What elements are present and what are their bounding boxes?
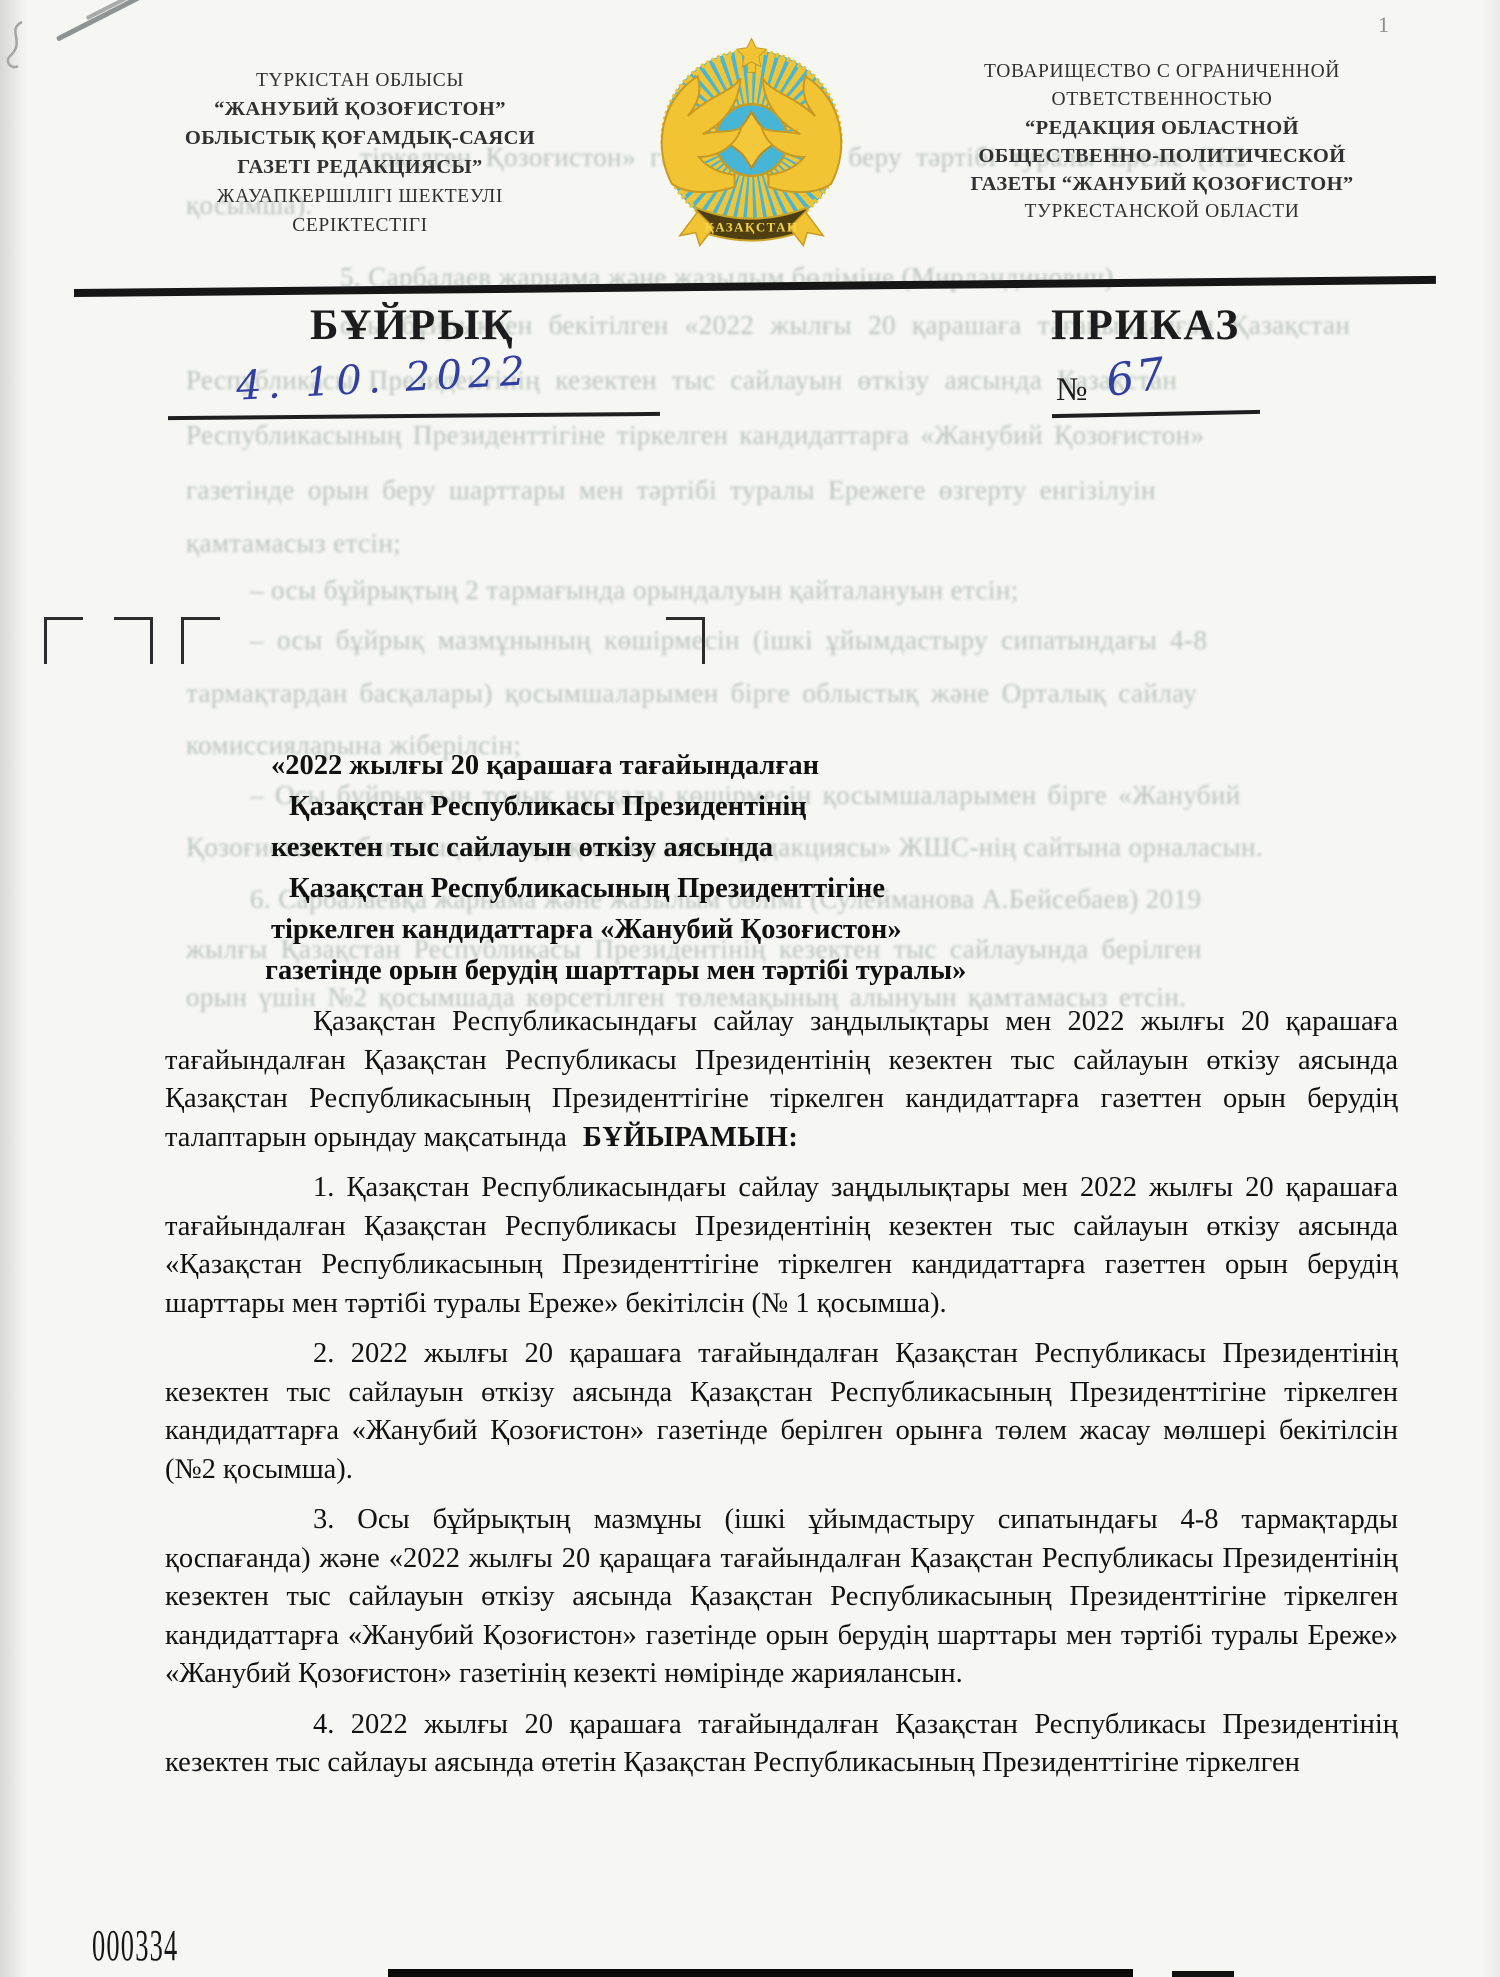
letterhead-right-russian: ТОВАРИЩЕСТВО С ОГРАНИЧЕННОЙ ОТВЕТСТВЕННО… [950, 58, 1374, 226]
corner-mark [114, 617, 153, 664]
org-region-line: ТҮРКІСТАН ОБЛЫСЫ [150, 66, 570, 95]
org-name-line: ОБЩЕСТВЕННО-ПОЛИТИЧЕСКОЙ [950, 142, 1374, 170]
corner-mark [44, 617, 83, 664]
org-name-line: ГАЗЕТЫ “ЖАНУБИЙ ҚОЗОҒИСТОН” [950, 170, 1374, 198]
bleedthrough-line: тармақтардан басқалары) қосымшаларымен б… [186, 678, 1197, 709]
org-type-line: ОТВЕТСТВЕННОСТЬЮ [950, 86, 1374, 114]
scan-edge-mark [388, 1969, 1133, 1977]
org-name-line: “ЖАНУБИЙ ҚОЗОҒИСТОН” [150, 95, 570, 124]
handwritten-date: 4. 10. 2022 [235, 348, 532, 409]
archival-number-stamp: 000334 [92, 1920, 178, 1971]
resolution-word: БҰЙЫРАМЫН: [583, 1122, 798, 1153]
org-type-line: СЕРІКТЕСТІГІ [150, 211, 570, 240]
kazakhstan-emblem: ҚАЗАҚСТАН [642, 33, 861, 263]
intro-paragraph: Қазақстан Республикасындағы сайлау заңды… [165, 1003, 1398, 1157]
pencil-scribble [0, 16, 34, 76]
org-type-line: ЖАУАПКЕРШІЛІГІ ШЕКТЕУЛІ [150, 182, 570, 211]
corner-mark [666, 617, 705, 664]
emblem-banner-text: ҚАЗАҚСТАН [704, 220, 798, 235]
org-type-line: ТОВАРИЩЕСТВО С ОГРАНИЧЕННОЙ [950, 58, 1374, 86]
order-title-kazakh: БҰЙРЫҚ [310, 301, 515, 350]
order-item-4: 4. 2022 жылғы 20 қарашаға тағайындалған … [165, 1706, 1398, 1783]
bleedthrough-line: – осы бұйрықтың 2 тармағында орындалуын … [250, 575, 1019, 606]
org-name-line: ОБЛЫСТЫҚ ҚОҒАМДЫҚ-САЯСИ [150, 124, 570, 153]
paperclip-mark [56, 0, 140, 42]
org-name-line: ГАЗЕТІ РЕДАКЦИЯСЫ” [150, 153, 570, 182]
corner-mark [181, 617, 220, 664]
scan-edge-mark [1172, 1971, 1234, 1977]
org-name-line: “РЕДАКЦИЯ ОБЛАСТНОЙ [950, 114, 1374, 142]
date-underline [168, 412, 660, 420]
bleedthrough-line: қамтамасыз етсін; [186, 528, 401, 559]
bleedthrough-line: газетінде орын беру шарттары мен тәртібі… [186, 475, 1156, 506]
order-item-3: 3. Осы бұйрықтың мазмұны (ішкі ұйымдасты… [165, 1501, 1398, 1694]
subject-line: «2022 жылғы 20 қарашаға тағайындалған [265, 745, 966, 786]
subject-line: Қазақстан Республикасы Президентінің [265, 786, 966, 827]
handwritten-order-number: 67 [1103, 348, 1171, 407]
order-title-russian: ПРИКАЗ [1051, 301, 1240, 350]
org-region-line: ТУРКЕСТАНСКОЙ ОБЛАСТИ [950, 198, 1374, 226]
order-item-2: 2. 2022 жылғы 20 қарашаға тағайындалған … [165, 1335, 1398, 1489]
subject-line: тіркелген кандидаттарға «Жанубий Қозоғис… [265, 909, 966, 950]
letterhead-left-kazakh: ТҮРКІСТАН ОБЛЫСЫ “ЖАНУБИЙ ҚОЗОҒИСТОН” ОБ… [150, 66, 570, 240]
bleedthrough-line: Республикасының Президенттігіне тіркелге… [186, 420, 1204, 451]
order-body: Қазақстан Республикасындағы сайлау заңды… [165, 1003, 1398, 1783]
order-item-1: 1. Қазақстан Республикасындағы сайлау за… [165, 1169, 1398, 1323]
subject-line: Қазақстан Республикасының Президенттігін… [265, 868, 966, 909]
number-underline [1052, 410, 1260, 418]
subject-line: газетінде орын берудің шарттары мен тәрт… [265, 950, 966, 991]
number-sign: № [1056, 372, 1088, 409]
subject-line: кезектен тыс сайлауын өткізу аясында [265, 827, 966, 868]
order-subject-title: «2022 жылғы 20 қарашаға тағайындалған Қа… [265, 745, 966, 991]
page-number: 1 [1378, 12, 1389, 38]
bleedthrough-line: – осы бұйрық мазмұнының көшірмесін (ішкі… [250, 625, 1207, 656]
scanned-order-document: 1 тіркелген Қозоғистон» газетінде орын б… [0, 0, 1500, 1977]
